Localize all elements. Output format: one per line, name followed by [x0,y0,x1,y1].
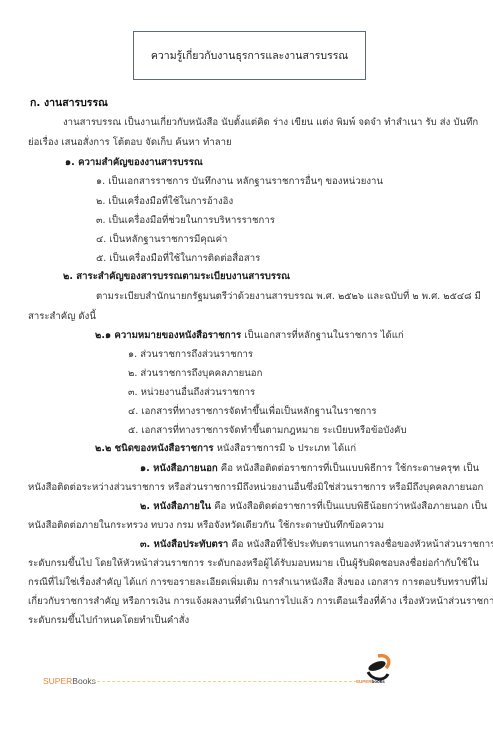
type3-text: คือ หนังสือที่ใช้ประทับตราแทนการลงชื่อขอ… [228,539,493,550]
footer-divider [92,681,357,682]
sub1-item: ๑. เป็นเอกสารราชการ บันทึกงาน หลักฐานราช… [96,175,383,189]
type3-line2: ระดับกรมขึ้นไป โดยให้หัวหน้าส่วนราชการ ร… [28,557,479,571]
sub2-para-line2: สาระสำคัญ ดังนี้ [28,310,96,324]
logo-books: books [372,679,385,684]
type1-line2: หนังสือติดต่อระหว่างส่วนราชการ หรือส่วนร… [28,481,483,495]
type3-label: ๓. หนังสือประทับตรา [140,539,228,550]
sub1-item: ๔. เป็นหลักฐานราชการมีคุณค่า [96,233,227,247]
sub1-item: ๒. เป็นเครื่องมือที่ใช้ในการอ้างอิง [96,195,233,209]
s21-item: ๕. เอกสารที่ทางราชการจัดทำขึ้นตามกฎหมาย … [128,424,407,438]
type2-line1: ๒. หนังสือภายใน คือ หนังสือติดต่อราชการท… [140,500,487,514]
type3-line5: ระดับกรมขึ้นไปกำหนดโดยทำเป็นคำสั่ง [28,614,189,628]
document-title-box: ความรู้เกี่ยวกับงานธุรการและงานสารบรรณ [133,31,366,80]
logo-wordmark: SUPERbooks [356,679,385,684]
footer-brand: SUPERBooks [43,676,96,686]
sub2-heading: ๒. สาระสำคัญของสารบรรณตามระเบียบงานสารบร… [63,270,290,284]
s21-line: ๒.๑ ความหมายของหนังสือราชการ เป็นเอกสารท… [95,329,404,343]
type1-text: คือ หนังสือติดต่อราชการที่เป็นแบบพิธีการ… [218,463,479,474]
type1-label: ๑. หนังสือภายนอก [140,463,218,474]
type3-line3: กรณีที่ไม่ใช่เรื่องสำคัญ ได้แก่ การขอราย… [28,576,488,590]
logo-super: SUPER [356,679,372,684]
type3-line4: เกี่ยวกับราชการสำคัญ หรือการเงิน การแจ้ง… [28,595,493,609]
s21-label: ๒.๑ ความหมายของหนังสือราชการ [95,330,241,341]
type2-line2: หนังสือติดต่อภายในกระทรวง ทบวง กรม หรือจ… [28,519,384,533]
s21-item: ๑. ส่วนราชการถึงส่วนราชการ [128,348,253,362]
type2-label: ๒. หนังสือภายใน [140,501,211,512]
s21-item: ๔. เอกสารที่ทางราชการจัดทำขึ้นเพื่อเป็นห… [128,405,377,419]
s21-text: เป็นเอกสารที่หลักฐานในราชการ ได้แก่ [241,330,404,341]
section-a-para-line1: งานสารบรรณ เป็นงานเกี่ยวกับหนังสือ นับตั… [63,116,478,130]
type3-line1: ๓. หนังสือประทับตรา คือ หนังสือที่ใช้ประ… [140,538,493,552]
sub1-item: ๕. เป็นเครื่องมือที่ใช้ในการติดต่อสื่อสา… [96,252,260,266]
document-title: ความรู้เกี่ยวกับงานธุรการและงานสารบรรณ [151,47,348,64]
sub1-item: ๓. เป็นเครื่องมือที่ช่วยในการบริหารราชกา… [96,214,275,228]
s22-text: หนังสือราชการมี ๖ ประเภท ได้แก่ [214,443,357,454]
s22-line: ๒.๒ ชนิดของหนังสือราชการ หนังสือราชการมี… [95,442,356,456]
sub1-heading: ๑. ความสำคัญของงานสารบรรณ [65,156,203,170]
footer-brand-super: SUPER [43,676,72,686]
s21-item: ๓. หน่วยงานอื่นถึงส่วนราชการ [128,386,255,400]
s22-label: ๒.๒ ชนิดของหนังสือราชการ [95,443,214,454]
section-a-heading: ก. งานสารบรรณ [30,96,108,110]
sub2-para-line1: ตามระเบียบสำนักนายกรัฐมนตรีว่าด้วยงานสาร… [96,290,481,304]
type2-text: คือ หนังสือติดต่อราชการที่เป็นแบบพิธีน้อ… [211,501,487,512]
section-a-para-line2: ย่อเรื่อง เสนอสั่งการ โต้ตอบ จัดเก็บ ค้น… [28,136,232,150]
type1-line1: ๑. หนังสือภายนอก คือ หนังสือติดต่อราชการ… [140,462,479,476]
s21-item: ๒. ส่วนราชการถึงบุคคลภายนอก [128,367,262,381]
